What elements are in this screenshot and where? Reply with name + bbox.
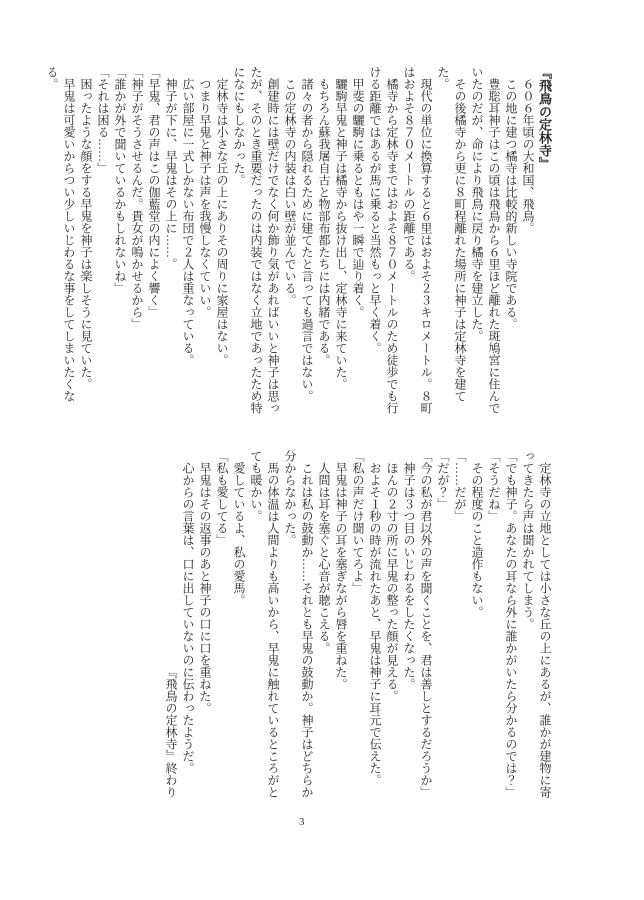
- paragraph: 定林寺は小さな丘の上にありその周りに家屋はない。: [213, 66, 230, 416]
- paragraph: 驪駒早鬼と神子は橘寺から抜け出し、定林寺に来ていた。: [332, 66, 349, 416]
- paragraph: 定林寺の立地としては小さな丘の上にあるが、誰かが建物に寄ってきたら声は聞かれてし…: [519, 450, 553, 800]
- lower-text-block: 定林寺の立地としては小さな丘の上にあるが、誰かが建物に寄ってきたら声は聞かれてし…: [162, 450, 553, 800]
- paragraph: 「神子がそうさせるんだ。貴女が鳴かせるから」: [128, 66, 145, 416]
- paragraph: 「誰かが外で聞いているかもしれないね」: [111, 66, 128, 416]
- paragraph: 早鬼は可愛いからつい少しいじわるな事をしてしまいたくなる。: [43, 66, 77, 416]
- paragraph: 「それは困る……」: [94, 66, 111, 416]
- paragraph: 早鬼は神子の耳を塞ぎながら唇を重ねた。: [332, 450, 349, 800]
- paragraph: この定林寺の内装は白い壁が並んでいる。: [281, 66, 298, 416]
- upper-paragraphs: ６０６年頃の大和国、飛鳥。 この地に建つ橘寺は比較的新しい寺院である。 豊聡耳神…: [43, 66, 536, 416]
- paragraph: つまり早鬼と神子は声を我慢しなくていい。: [196, 66, 213, 416]
- paragraph: 人間は耳を塞ぐと心音が聴こえる。: [315, 450, 332, 800]
- paragraph: 「私の声だけ聞いてろよ」: [349, 450, 366, 800]
- paragraph: ほんの２寸の所に早鬼の整った顔が見える。: [383, 450, 400, 800]
- paragraph: 神子は３つ目のいじわるをしたくなった。: [400, 450, 417, 800]
- lower-paragraphs: 定林寺の立地としては小さな丘の上にあるが、誰かが建物に寄ってきたら声は聞かれてし…: [179, 450, 553, 800]
- paragraph: 「でも神子。あなたの耳なら外に誰かがいたら分かるのでは？」: [502, 450, 519, 800]
- paragraph: 早鬼はその返事のあと神子の口に口を重ねた。: [196, 450, 213, 800]
- paragraph: 困ったような顔をする早鬼を神子は楽しそうに見ていた。: [77, 66, 94, 416]
- paragraph: 愛しているよ、私の愛馬。: [230, 450, 247, 800]
- page-number: 3: [299, 816, 305, 828]
- paragraph: 広い部屋に一式しかない布団で２人は重なっている。: [179, 66, 196, 416]
- paragraph: 馬の体温は人間よりも高いから、早鬼に触れているところがとても暖かい。: [247, 450, 281, 800]
- story-title: 『飛鳥の定林寺』: [536, 66, 553, 416]
- paragraph: 諸々の者から隠れるために建てたと言っても過言ではない。: [298, 66, 315, 416]
- paragraph: 甲斐の驪駒に乗るともはや一瞬で辿り着く。: [349, 66, 366, 416]
- paragraph: 「そうだね」: [485, 450, 502, 800]
- paragraph: 「私も愛してる」: [213, 450, 230, 800]
- paragraph: その程度のこと造作もない。: [468, 450, 485, 800]
- paragraph: およそ１秒の時が流れたあと、早鬼は神子に耳元で伝えた。: [366, 450, 383, 800]
- paragraph: 「今の私が君以外の声を聞くことを、君は善しとするだろうか」: [417, 450, 434, 800]
- paragraph: 神子が下に、早鬼はその上に……。: [162, 66, 179, 416]
- paragraph: その後橘寺から更に８町程離れた場所に神子は定林寺を建てた。: [434, 66, 468, 416]
- paragraph: 橘寺から定林寺まではおよそ８７０メートルのため徒歩でも行ける距離ではあるが馬に乗…: [366, 66, 400, 416]
- document-page: 『飛鳥の定林寺』 ６０６年頃の大和国、飛鳥。 この地に建つ橘寺は比較的新しい寺院…: [0, 0, 644, 900]
- paragraph: 「だが？」: [434, 450, 451, 800]
- paragraph: もちろん蘇我屠自古と物部布都たちには内緒である。: [315, 66, 332, 416]
- ending-mark: 『飛鳥の定林寺』終わり: [162, 450, 179, 800]
- paragraph: 創建時には壁だけでなく何か飾り気があればいいと神子は思ったが、そのとき重要だった…: [230, 66, 281, 416]
- paragraph: ６０６年頃の大和国、飛鳥。: [519, 66, 536, 416]
- paragraph: 現代の単位に換算すると６里はおよそ２３キロメートル。８町はおよそ８７０メートルの…: [400, 66, 434, 416]
- paragraph: これは私の鼓動か……それとも早鬼の鼓動か。神子はどちらか分からなかった。: [281, 450, 315, 800]
- paragraph: この地に建つ橘寺は比較的新しい寺院である。: [502, 66, 519, 416]
- upper-text-block: 『飛鳥の定林寺』 ６０６年頃の大和国、飛鳥。 この地に建つ橘寺は比較的新しい寺院…: [43, 66, 553, 416]
- paragraph: 「……だが」: [451, 450, 468, 800]
- paragraph: 豊聡耳神子はこの頃は飛鳥から６里ほど離れた斑鳩宮に住んでいたのだが、命により飛鳥…: [468, 66, 502, 416]
- paragraph: 心からの言葉は、口に出していないのに伝わったようだ。: [179, 450, 196, 800]
- paragraph: 「早鬼、君の声はこの伽藍堂の内によく響く」: [145, 66, 162, 416]
